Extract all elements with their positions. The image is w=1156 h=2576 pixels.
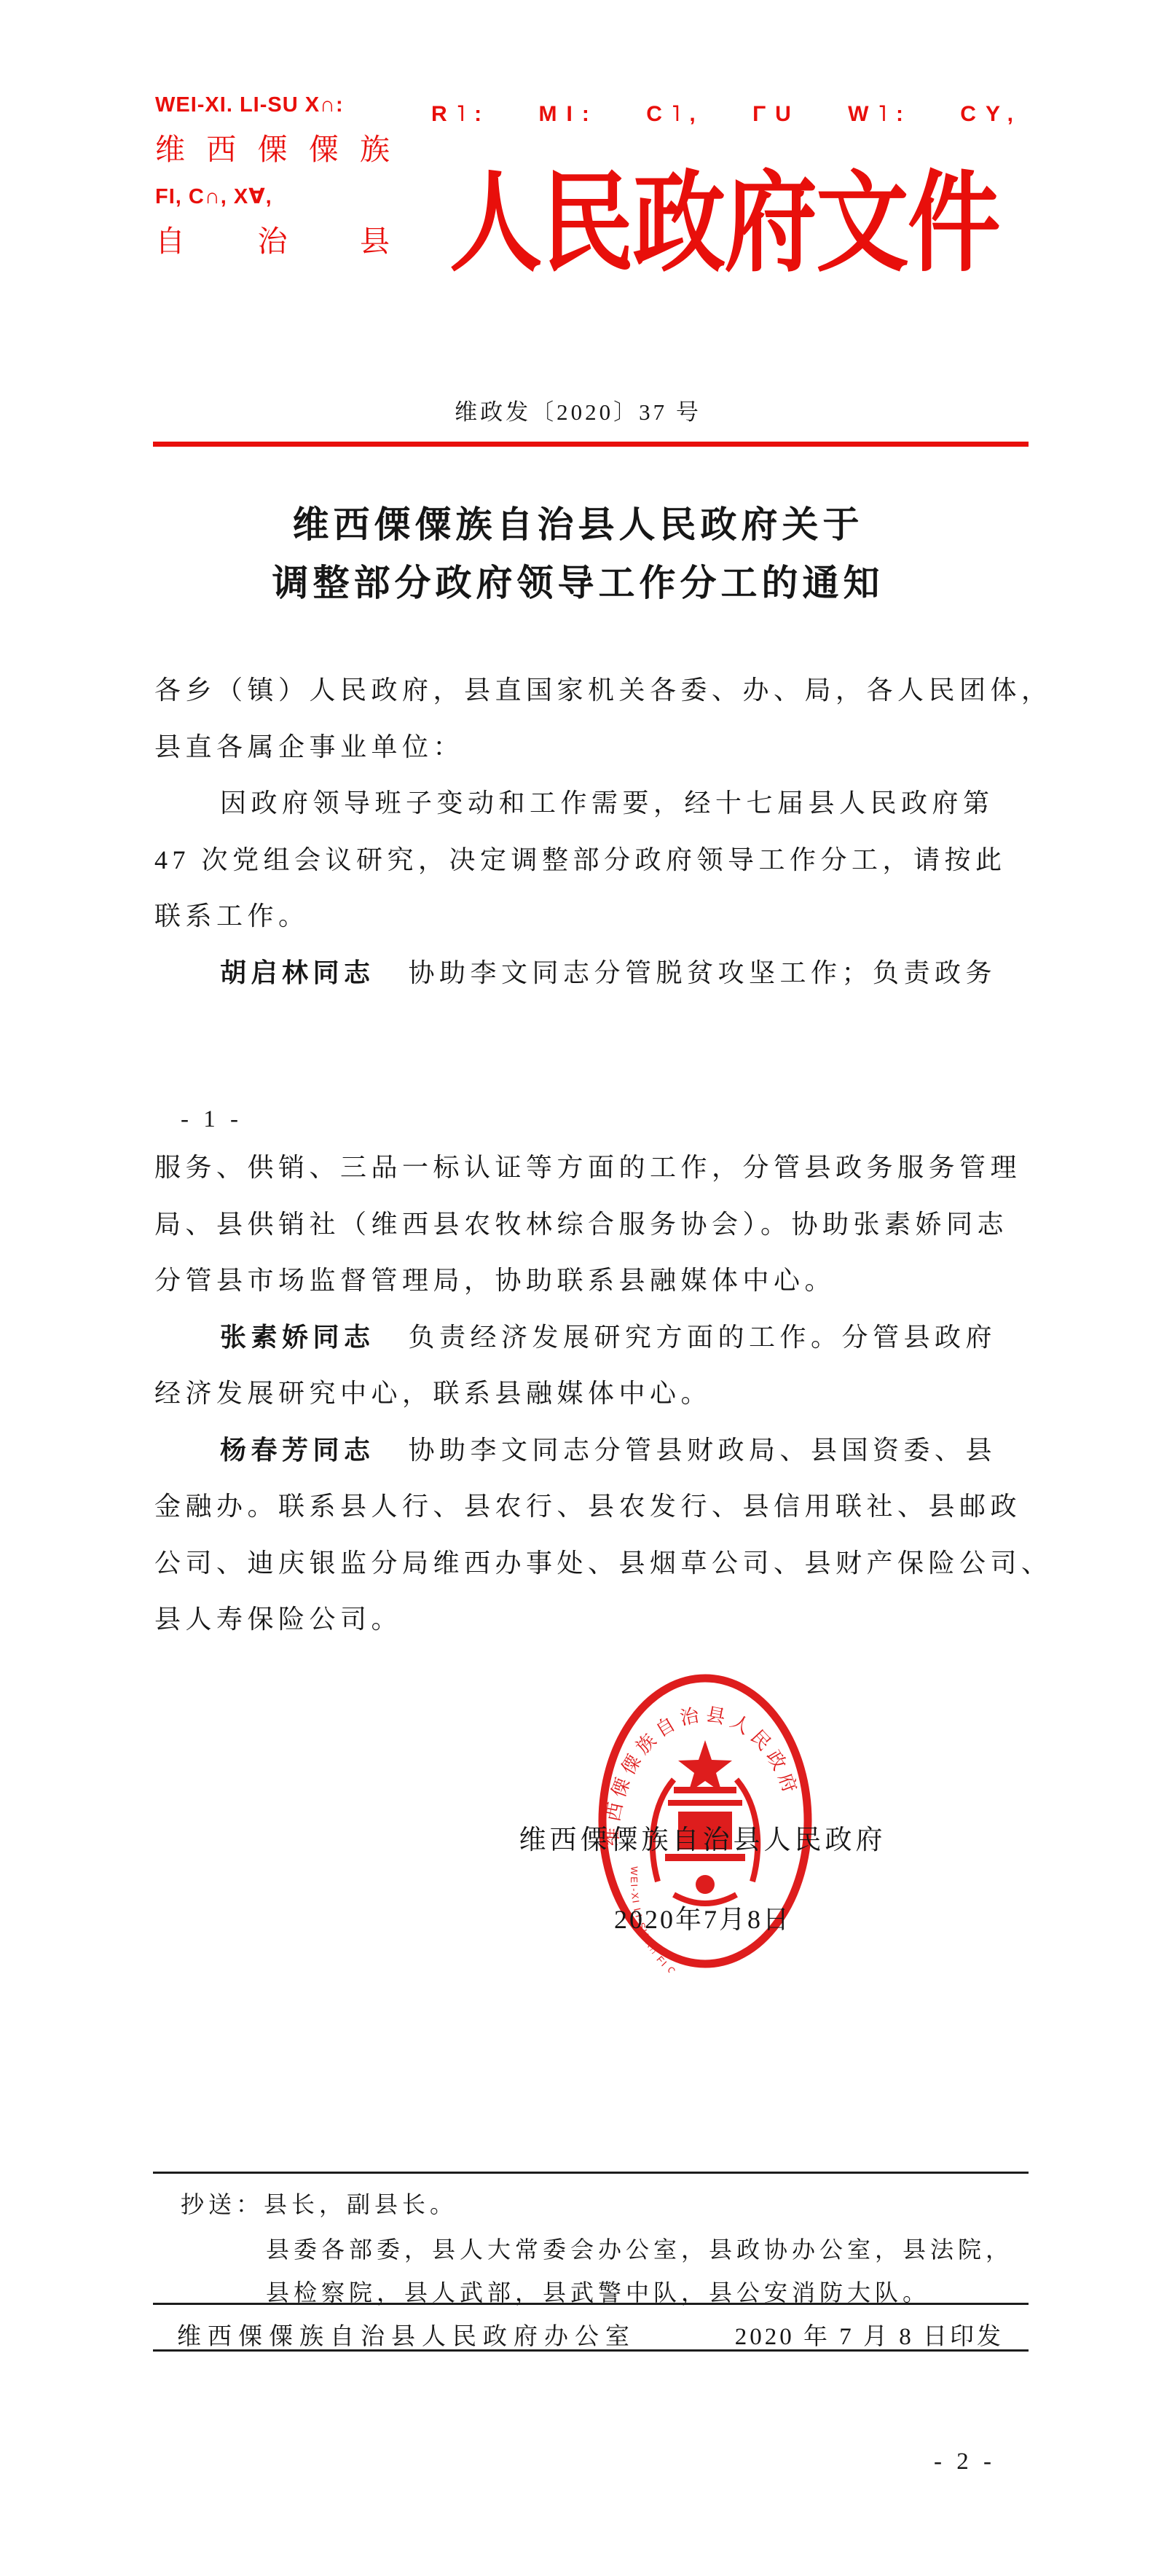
letterhead-cn-line-2: 自治县 — [155, 227, 390, 257]
body-page-2: 服务、供销、三品一标认证等方面的工作，分管县政务服务管理 局、县供销社（维西县农… — [154, 1140, 1036, 1648]
duty-text: 负责经济发展研究方面的工作。分管县政府 — [409, 1323, 997, 1352]
official-name: 胡启林同志 — [220, 958, 375, 987]
body-line: 分管县市场监督管理局，协助联系县融媒体中心。 — [154, 1253, 1036, 1309]
body-line: 局、县供销社（维西县农牧林综合服务协会）。协助张素娇同志 — [154, 1197, 1036, 1253]
body-line: 县直各属企事业单位： — [154, 719, 1036, 776]
body-line: 经济发展研究中心，联系县融媒体中心。 — [154, 1366, 1036, 1422]
body-line: 张素娇同志负责经济发展研究方面的工作。分管县政府 — [154, 1309, 1036, 1366]
body-line: 联系工作。 — [154, 888, 1036, 945]
letterhead-big-title: 人民政府文件 — [449, 166, 945, 283]
document-title-line-1: 维西傈僳族自治县人民政府关于 — [0, 496, 1156, 548]
footer-rule-middle — [153, 2303, 1029, 2305]
signature-organization: 维西傈僳族自治县人民政府 — [519, 1817, 886, 1857]
letterhead-lisu-right: R˥: MI: C˥, ΓU W˥: CY, — [431, 102, 1023, 127]
body-line: 因政府领导班子变动和工作需要，经十七届县人民政府第 — [154, 775, 1036, 832]
duty-text: 协助李文同志分管县财政局、县国资委、县 — [409, 1436, 997, 1465]
cc-line-2: 县委各部委，县人大常委会办公室，县政协办公室，县法院， — [266, 2231, 1013, 2265]
duty-text: 协助李文同志分管脱贫攻坚工作；负责政务 — [409, 958, 997, 987]
cc-line-1: 抄送：县长，副县长。 — [181, 2186, 457, 2220]
print-date: 2020 年 7 月 8 日印发 — [735, 2317, 1004, 2352]
letterhead-left-block: WEI-XI. LI-SU X∩: 维西傈僳族 FI, C∩, X∀, 自治县 — [155, 93, 390, 257]
body-line: 金融办。联系县人行、县农行、县农发行、县信用联社、县邮政 — [154, 1479, 1036, 1535]
official-name: 张素娇同志 — [220, 1323, 375, 1352]
body-line: 杨春芳同志协助李文同志分管县财政局、县国资委、县 — [154, 1422, 1036, 1479]
body-line: 各乡（镇）人民政府，县直国家机关各委、办、局，各人民团体， — [154, 662, 1036, 719]
body-line: 公司、迪庆银监分局维西办事处、县烟草公司、县财产保险公司、 — [154, 1535, 1036, 1592]
body-line: 胡启林同志协助李文同志分管脱贫攻坚工作；负责政务 — [154, 945, 1036, 1002]
signature-date: 2020年7月8日 — [519, 1899, 886, 1936]
page-number-1: - 1 - — [181, 1106, 243, 1133]
official-name: 杨春芳同志 — [220, 1436, 375, 1465]
document-page: WEI-XI. LI-SU X∩: 维西傈僳族 FI, C∩, X∀, 自治县 … — [0, 0, 1156, 2576]
issuing-office: 维西傈僳族自治县人民政府办公室 — [177, 2317, 636, 2352]
document-number: 维政发〔2020〕37 号 — [0, 394, 1156, 426]
body-line: 47 次党组会议研究，决定调整部分政府领导工作分工，请按此 — [154, 832, 1036, 889]
letterhead-lisu-line-1: WEI-XI. LI-SU X∩: — [155, 93, 390, 117]
body-page-1: 各乡（镇）人民政府，县直国家机关各委、办、局，各人民团体， 县直各属企事业单位：… — [154, 662, 1036, 1001]
footer-rule-top — [153, 2172, 1029, 2174]
body-line: 服务、供销、三品一标认证等方面的工作，分管县政务服务管理 — [154, 1140, 1036, 1197]
document-title-line-2: 调整部分政府领导工作分工的通知 — [0, 554, 1156, 606]
body-line: 县人寿保险公司。 — [154, 1592, 1036, 1648]
letterhead-lisu-line-2: FI, C∩, X∀, — [155, 184, 390, 209]
red-divider-rule — [153, 442, 1029, 447]
footer-rule-bottom — [153, 2349, 1029, 2352]
page-number-2: - 2 - — [934, 2448, 996, 2475]
letterhead-cn-line-1: 维西傈僳族 — [155, 135, 390, 165]
